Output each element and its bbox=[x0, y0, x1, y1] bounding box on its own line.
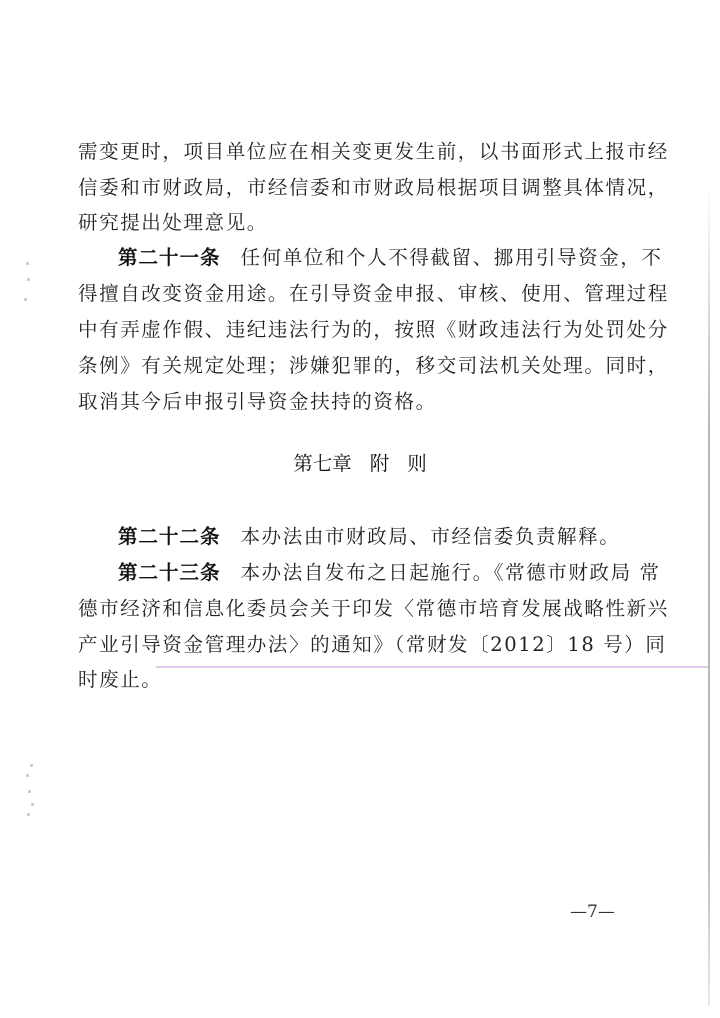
text-line: 信委和市财政局，市经信委和市财政局根据项目调整具体情况， bbox=[78, 176, 638, 200]
article-22-first-line: 第二十二条本办法由市财政局、市经信委负责解释。 bbox=[118, 525, 678, 549]
scan-speck bbox=[27, 813, 30, 816]
article-label: 第二十一条 bbox=[118, 246, 221, 269]
text-line: 需变更时，项目单位应在相关变更发生前，以书面形式上报市经 bbox=[78, 140, 638, 164]
scan-speck bbox=[30, 764, 33, 767]
scan-speck bbox=[27, 278, 30, 281]
article-text: 任何单位和个人不得截留、挪用引导资金，不 bbox=[241, 246, 663, 269]
chapter-title-part2: 则 bbox=[407, 452, 427, 475]
article-23-first-line: 第二十三条本办法自发布之日起施行。《常德市财政局 常 bbox=[118, 561, 678, 585]
page-edge-line bbox=[708, 180, 710, 1006]
page-number: —7— bbox=[570, 902, 615, 922]
article-text: 本办法自发布之日起施行。《常德市财政局 常 bbox=[241, 561, 661, 584]
scan-speck bbox=[26, 774, 29, 777]
text-line: 条例》有关规定处理；涉嫌犯罪的，移交司法机关处理。同时， bbox=[78, 354, 638, 378]
divider-rule bbox=[156, 666, 709, 668]
text-line: 得擅自改变资金用途。在引导资金申报、审核、使用、管理过程 bbox=[78, 282, 638, 306]
chapter-heading: 第七章附则 bbox=[0, 452, 720, 476]
article-text: 本办法由市财政局、市经信委负责解释。 bbox=[241, 525, 621, 548]
article-21-first-line: 第二十一条任何单位和个人不得截留、挪用引导资金，不 bbox=[118, 246, 678, 270]
article-label: 第二十二条 bbox=[118, 525, 221, 548]
text-line: 取消其今后申报引导资金扶持的资格。 bbox=[78, 390, 638, 414]
scan-speck bbox=[24, 298, 27, 301]
chapter-number: 第七章 bbox=[293, 452, 352, 475]
text-line: 德市经济和信息化委员会关于印发〈常德市培育发展战略性新兴 bbox=[78, 597, 638, 621]
text-line: 中有弄虚作假、违纪违法行为的，按照《财政违法行为处罚处分 bbox=[78, 318, 638, 342]
scan-speck bbox=[31, 803, 34, 806]
text-line: 研究提出处理意见。 bbox=[78, 211, 638, 235]
scan-speck bbox=[26, 262, 29, 265]
article-label: 第二十三条 bbox=[118, 561, 221, 584]
scan-speck bbox=[28, 790, 31, 793]
document-page: 需变更时，项目单位应在相关变更发生前，以书面形式上报市经 信委和市财政局，市经信… bbox=[0, 0, 720, 1018]
text-line: 产业引导资金管理办法〉的通知》（常财发〔2012〕18 号）同 bbox=[78, 633, 638, 657]
chapter-title-part1: 附 bbox=[370, 452, 390, 475]
text-line: 时废止。 bbox=[78, 668, 638, 692]
